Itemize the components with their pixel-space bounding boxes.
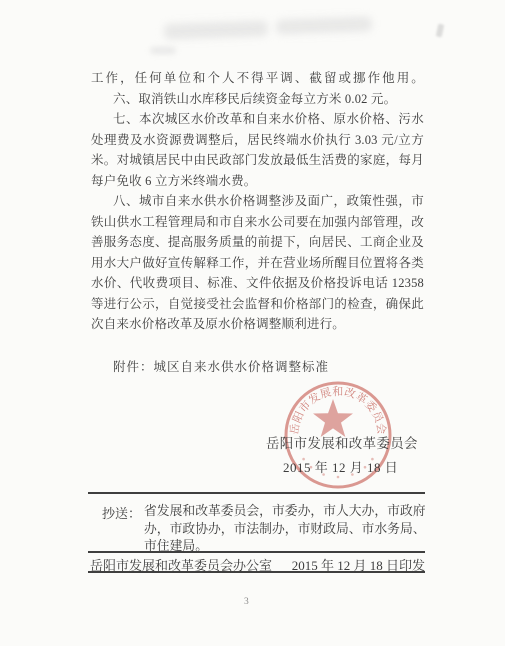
scanned-document-page: 工作，任何单位和个人不得平调、截留或挪作他用。 六、取消铁山水库移民后续资金每立… xyxy=(0,0,505,646)
page-number: 3 xyxy=(244,597,249,607)
body-line: 水价、代收费项目、标准、文件依据及价格投诉电话 12358 xyxy=(91,273,424,294)
body-line: 六、取消铁山水库移民后续资金每立方米 0.02 元。 xyxy=(91,89,424,110)
body-line: 处理费及水资源费调整后，居民终端水价执行 3.03 元/立方 xyxy=(91,130,424,151)
body-line: 等进行公示，自觉接受社会监督和价格部门的检查，确保此 xyxy=(91,294,424,315)
issuer-name: 岳阳市发展和改革委员会 xyxy=(266,432,418,452)
body-line: 铁山供水工程管理局和市自来水公司要在加强内部管理，改 xyxy=(91,212,424,233)
footer-rule-middle xyxy=(88,551,425,553)
bleed-through-smudge xyxy=(436,24,445,38)
body-line: 每户免收 6 立方米终端水费。 xyxy=(91,171,424,192)
bleed-through-smudge xyxy=(164,20,268,40)
body-line: 八、城市自来水供水价格调整涉及面广，政策性强，市 xyxy=(91,191,424,212)
cc-label: 抄送： xyxy=(102,503,141,522)
body-line: 善服务态度、提高服务质量的前提下，向居民、工商企业及 xyxy=(91,232,424,253)
issue-date: 2015 年 12 月 18 日 xyxy=(283,457,398,476)
attachment-line: 附件：城区自来水供水价格调整标准 xyxy=(113,357,329,375)
body-line: 用水大户做好宣传解释工作，并在营业场所醒目位置将各类 xyxy=(91,253,424,274)
cc-line: 省发展和改革委员会，市委办，市人大办，市政府 xyxy=(144,503,436,521)
body-line: 七、本次城区水价改革和自来水价格、原水价格、污水 xyxy=(91,109,424,130)
cc-line: 办，市政协办，市法制办，市财政局、市水务局、 xyxy=(144,521,436,539)
body-line: 米。对城镇居民中由民政部门发放最低生活费的家庭，每月 xyxy=(91,150,424,171)
body-line: 工作，任何单位和个人不得平调、截留或挪作他用。 xyxy=(91,68,424,89)
body-line: 次自来水价格改革及原水价格调整顺利进行。 xyxy=(91,314,424,335)
cc-line: 市住建局。 xyxy=(144,538,436,556)
document-body: 工作，任何单位和个人不得平调、截留或挪作他用。 六、取消铁山水库移民后续资金每立… xyxy=(91,68,424,335)
bleed-through-smudge xyxy=(276,16,372,34)
footer-rule-top xyxy=(88,492,425,494)
footer-rule-bottom xyxy=(88,571,425,573)
bleed-through-smudge xyxy=(150,47,176,54)
cc-list: 省发展和改革委员会，市委办，市人大办，市政府 办，市政协办，市法制办，市财政局、… xyxy=(144,503,436,556)
